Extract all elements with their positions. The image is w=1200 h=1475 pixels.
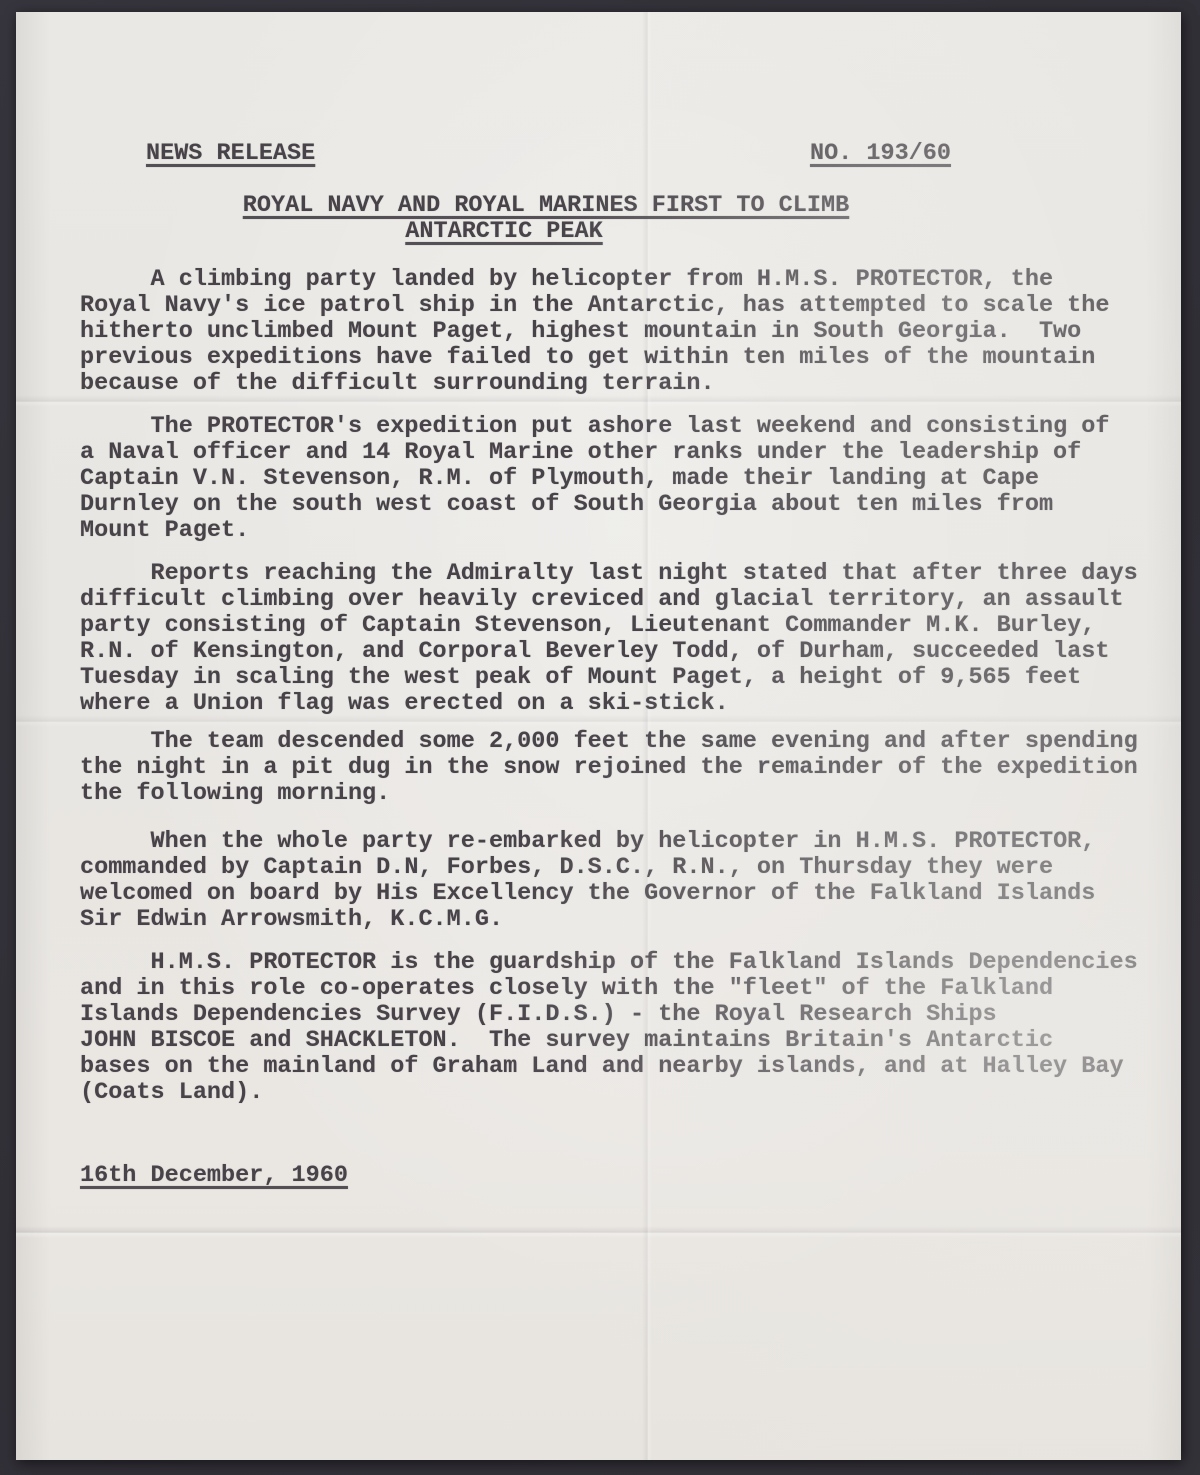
paragraph-4: The team descended some 2,000 feet the s… xyxy=(80,729,1155,807)
release-number: NO. 193/60 xyxy=(810,141,951,167)
photo-background: NEWS RELEASE NO. 193/60 ROYAL NAVY AND R… xyxy=(0,0,1200,1475)
headline-line-2: ANTARCTIC PEAK xyxy=(38,219,970,245)
paragraph-3: Reports reaching the Admiralty last nigh… xyxy=(80,561,1155,717)
paragraph-5: When the whole party re-embarked by heli… xyxy=(80,829,1155,933)
paragraph-1: A climbing party landed by helicopter fr… xyxy=(80,267,1155,397)
paragraph-2: The PROTECTOR's expedition put ashore la… xyxy=(80,414,1155,544)
document-header: NEWS RELEASE NO. 193/60 xyxy=(80,141,1155,167)
dateline: 16th December, 1960 xyxy=(80,1163,1155,1189)
paper-sheet: NEWS RELEASE NO. 193/60 ROYAL NAVY AND R… xyxy=(16,12,1181,1460)
paragraph-6: H.M.S. PROTECTOR is the guardship of the… xyxy=(80,950,1155,1106)
news-release-label: NEWS RELEASE xyxy=(146,141,315,167)
headline-line-1: ROYAL NAVY AND ROYAL MARINES FIRST TO CL… xyxy=(80,193,1012,219)
document-content: NEWS RELEASE NO. 193/60 ROYAL NAVY AND R… xyxy=(16,12,1181,1460)
